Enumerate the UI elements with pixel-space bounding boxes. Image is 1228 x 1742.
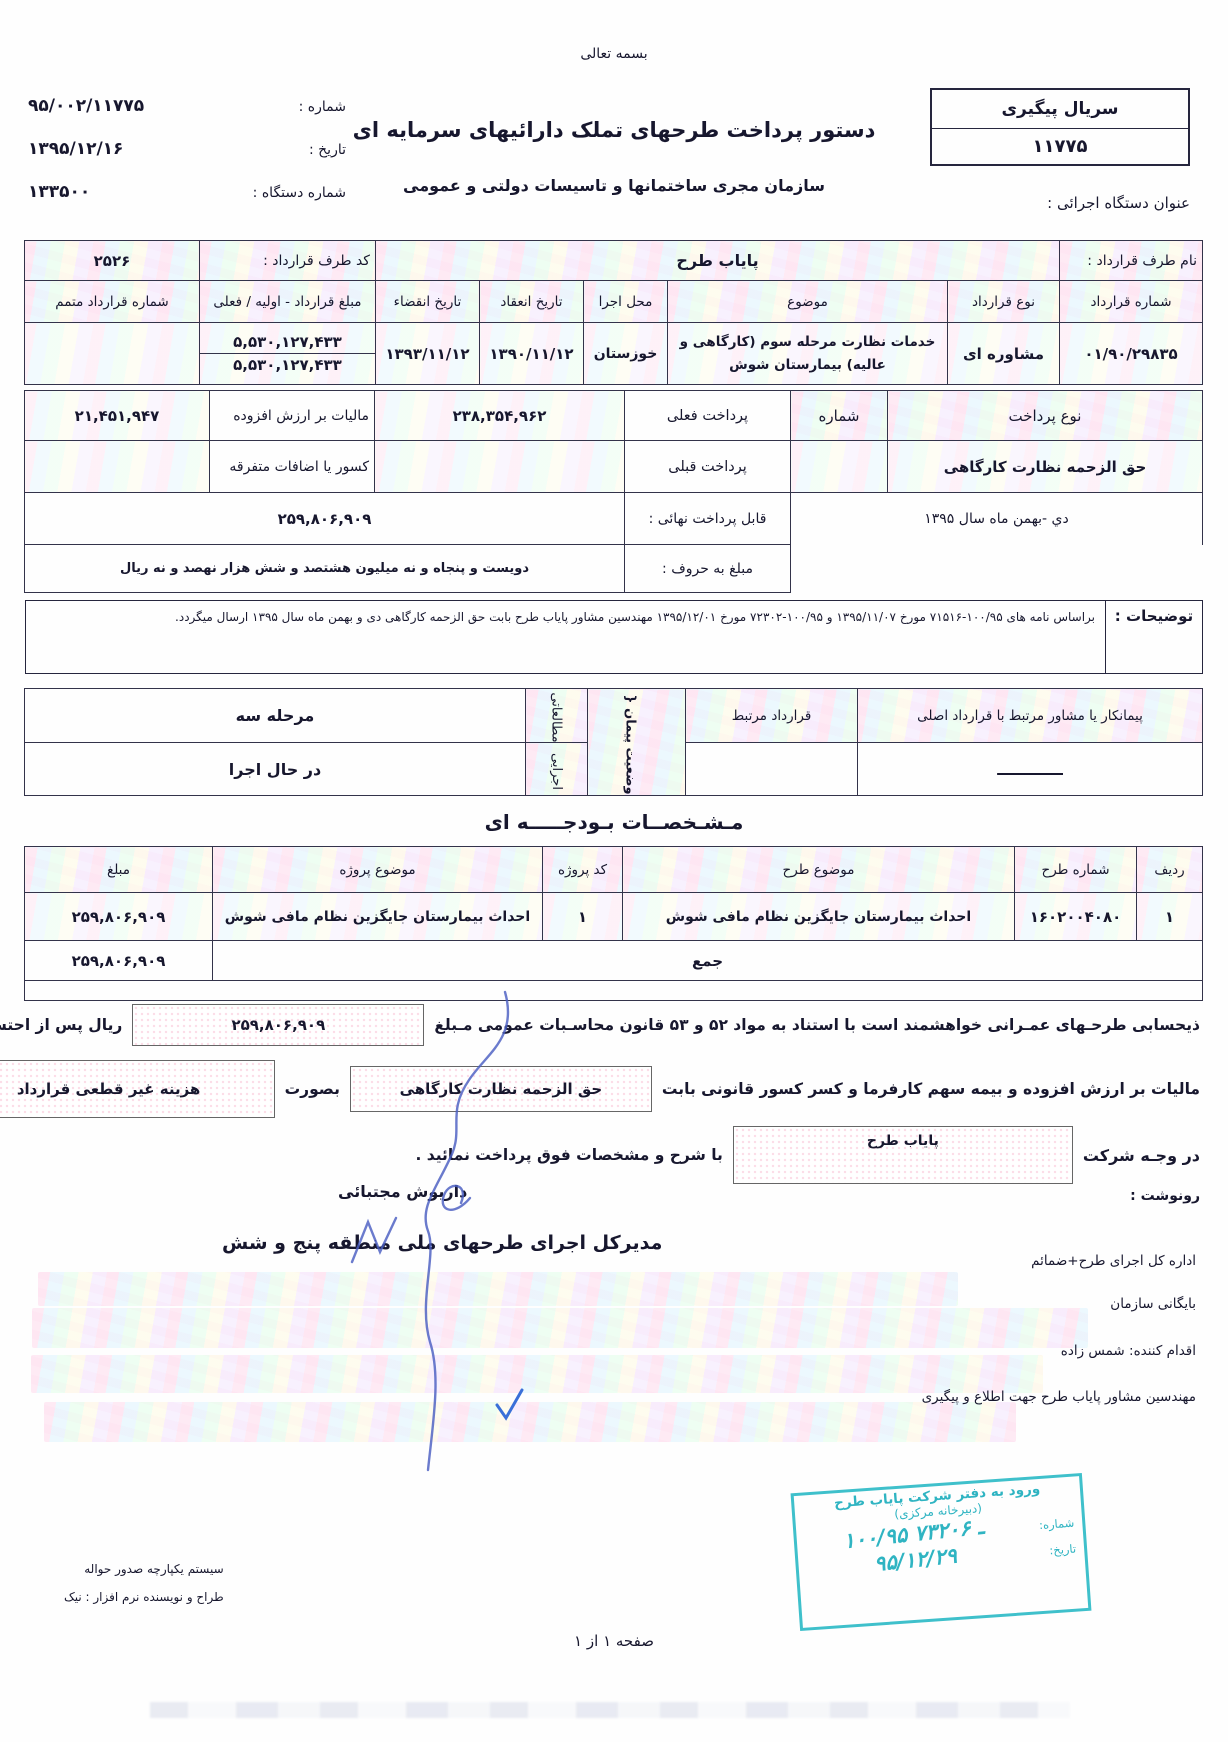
cc-item-3: اقدام کننده: شمس زاده [1061,1343,1196,1359]
doc-date-value: ۱۳۹۵/۱۲/۱۶ [28,139,123,159]
contract-location-value: خوزستان [584,323,668,385]
order-line2-mid: بصورت [285,1080,340,1098]
final-payable-value: ۲۵۹,۸۰۶,۹۰۹ [25,493,625,545]
order-fee-type-box: حق الزحمه نظارت کارگاهی [350,1066,652,1112]
agency-title-label: عنوان دستگاه اجرائی : [1047,194,1190,212]
consultant-value: ــــــــــــ [858,743,1203,796]
budget-project-code: ۱ [543,893,623,941]
doc-date-label: تاریخ : [309,142,346,158]
party-code-value: ۲۵۲۶ [24,241,199,281]
doc-number-label: شماره : [299,99,346,115]
device-number-value: ۱۳۳۵۰۰ [28,182,90,202]
notes-label: توضیحات : [1105,601,1202,673]
previous-payment-label: پرداخت قبلی [625,441,791,493]
order-line1-pre: ذیحسابی طرحـهای عمـرانی خواهشمند است با … [434,1016,1200,1034]
vat-value: ۲۱,۴۵۱,۹۴۷ [25,391,210,441]
phase-value: مرحله سه [25,689,526,743]
cc-item-1: اداره کل اجرای طرح+ضمائم [1031,1253,1196,1269]
budget-project-subject: احداث بیمارستان جایگزین نظام مافی شوش [213,893,543,941]
budget-total-value: ۲۵۹,۸۰۶,۹۰۹ [25,941,213,981]
contract-subject-value: خدمات نظارت مرحله سوم (کارگاهی و عالیه) … [668,323,948,385]
contract-amount-initial: ۵,۵۳۰,۱۲۷,۴۳۳ [200,331,375,353]
contract-expiry-date-value: ۱۳۹۳/۱۱/۱۲ [375,323,479,385]
exec-cell: اجرایی [526,743,588,796]
tracking-serial-value: ۱۱۷۷۵ [932,129,1188,164]
party-name-value: پایاب طرح [375,241,1059,281]
budget-col-plan-number: شماره طرح [1015,847,1137,893]
company-entry-stamp: ورود به دفتر شرکت پایاب طرح (دبیرخانه مر… [791,1473,1092,1631]
cc-item-4: مهندسین مشاور پایاب طرح جهت اطلاع و پیگی… [922,1389,1196,1405]
budget-col-project-code: کد پروژه [543,847,623,893]
document-meta: شماره : ۹۵/۰۰۲/۱۱۷۷۵ تاریخ : ۱۳۹۵/۱۲/۱۶ … [28,96,346,225]
budget-col-plan-subject: موضوع طرح [623,847,1015,893]
device-number-label: شماره دستگاه : [253,185,346,201]
scan-artifact-band [150,1702,1070,1718]
deductions-label: کسور یا اضافات متفرقه [210,441,375,493]
stamp-date-label: تاریخ: [1032,1542,1077,1559]
contract-amount-current: ۵,۵۳۰,۱۲۷,۴۳۳ [200,353,375,376]
page-number: صفحه ۱ از ۱ [0,1632,1228,1650]
contract-status-cell: وضعیت پیمان { [588,689,686,796]
progress-value: در حال اجرا [25,743,526,796]
budget-plan-number: ۱۶۰۲۰۰۴۰۸۰ [1015,893,1137,941]
signer-name: داریوش مجتبائی [338,1182,467,1201]
related-contract-table: پیمانکار یا مشاور مرتبط با قرارداد اصلی … [24,688,1203,796]
payment-period: دي -بهمن ماه سال ۱۳۹۵ [791,493,1203,545]
amount-in-words-value: دویست و پنجاه و نه میلیون هشتصد و شش هزا… [25,545,625,593]
previous-payment-value [375,441,625,493]
col-supplement: شماره قرارداد متمم [24,281,199,323]
party-name-label: نام طرف قرارداد : [1060,241,1203,281]
col-contract-number: شماره قرارداد [1060,281,1203,323]
budget-row-index: ۱ [1137,893,1203,941]
contract-supplement-value [24,323,199,385]
study-label: مطالعاتی [549,692,564,742]
order-line-1: ذیحسابی طرحـهای عمـرانی خواهشمند است با … [0,1004,1200,1046]
order-line-2: مالیات بر ارزش افزوده و بیمه سهم کارفرما… [0,1060,1200,1118]
contract-number-value: ۰۱/۹۰/۲۹۸۳۵ [1060,323,1203,385]
col-expiry-date: تاریخ انقضاء [375,281,479,323]
col-location: محل اجرا [584,281,668,323]
watermark-band [31,1355,1043,1393]
order-line1-post: ریال پس از احتسـاب [0,1016,122,1034]
payment-empty-cell [791,545,1203,593]
budget-section-title: مـشـخصــات بـودجـــــه ای [0,810,1228,834]
budget-empty-row [25,981,1203,1001]
order-cost-type-box: هزینه غیر قطعی قرارداد [0,1060,275,1118]
payment-type-label: نوع پرداخت [888,391,1203,441]
contract-table: نام طرف قرارداد : پایاب طرح کد طرف قرارد… [24,240,1203,385]
budget-col-amount: مبلغ [25,847,213,893]
footer-system-info: سیستم یکپارچه صدور حواله طراح و نویسنده … [64,1556,224,1611]
doc-number-value: ۹۵/۰۰۲/۱۱۷۷۵ [28,96,144,116]
current-payment-label: پرداخت فعلی [625,391,791,441]
scanned-payment-order-document: بسمه تعالی دستور پرداخت طرحهای تملک دارا… [0,0,1228,1742]
order-line3-post: با شرح و مشخصات فوق پرداخت نمائید . [415,1146,722,1164]
budget-amount: ۲۵۹,۸۰۶,۹۰۹ [25,893,213,941]
budget-table: ردیف شماره طرح موضوع طرح کد پروژه موضوع … [24,846,1203,1001]
vat-label: مالیات بر ارزش افزوده [210,391,375,441]
contract-sign-date-value: ۱۳۹۰/۱۱/۱۲ [480,323,584,385]
current-payment-value: ۲۳۸,۳۵۴,۹۶۲ [375,391,625,441]
signer-title: مدیرکل اجرای طرحهای ملی منطقه پنج و شش [222,1232,662,1254]
consultant-label: پیمانکار یا مشاور مرتبط با قرارداد اصلی [858,689,1203,743]
col-sign-date: تاریخ انعقاد [480,281,584,323]
budget-total-label: جمع [213,941,1203,981]
cc-item-2: بایگانی سازمان [1110,1296,1196,1312]
exec-label: اجرایی [549,753,564,790]
cc-label: رونوشت : [1130,1188,1200,1204]
related-contract-value [686,743,858,796]
watermark-band [38,1272,958,1306]
contract-amount-cell: ۵,۵۳۰,۱۲۷,۴۳۳ ۵,۵۳۰,۱۲۷,۴۳۳ [199,323,375,385]
bismillah-text: بسمه تعالی [0,46,1228,62]
deductions-value [25,441,210,493]
contract-type-value: مشاوره ای [948,323,1060,385]
order-line2-pre: مالیات بر ارزش افزوده و بیمه سهم کارفرما… [662,1080,1200,1098]
party-code-label: کد طرف قرارداد : [199,241,375,281]
final-payable-label: قابل پرداخت نهائی : [625,493,791,545]
order-line3-pre: در وجـه شرکت [1083,1146,1200,1165]
order-line-3: در وجـه شرکت پایاب طرح با شرح و مشخصات ف… [415,1126,1200,1184]
payment-number-label: شماره [791,391,888,441]
payment-number-value [791,441,888,493]
order-amount-box: ۲۵۹,۸۰۶,۹۰۹ [132,1004,424,1046]
notes-box: توضیحات : براساس نامه های ۱۰۰/۹۵-۷۱۵۱۶ م… [25,600,1203,674]
col-amount: مبلغ قرارداد - اولیه / فعلی [199,281,375,323]
contract-status-label: وضعیت پیمان { [622,694,637,794]
watermark-band [44,1402,1016,1442]
amount-in-words-label: مبلغ به حروف : [625,545,791,593]
payment-table: نوع پرداخت شماره پرداخت فعلی ۲۳۸,۳۵۴,۹۶۲… [24,390,1203,593]
order-company-box: پایاب طرح [733,1126,1073,1184]
watermark-band [32,1308,1088,1348]
footer-system-name: سیستم یکپارچه صدور حواله [64,1556,224,1584]
stamp-number-label: شماره: [1030,1516,1075,1533]
study-cell: مطالعاتی [526,689,588,743]
payment-type-value: حق الزحمه نظارت کارگاهی [888,441,1203,493]
related-contract-label: قرارداد مرتبط [686,689,858,743]
footer-author: طراح و نویسنده نرم افزار : نیک [64,1584,224,1612]
notes-text: براساس نامه های ۱۰۰/۹۵-۷۱۵۱۶ مورخ ۱۳۹۵/۱… [26,601,1105,673]
budget-col-project-subject: موضوع پروژه [213,847,543,893]
col-contract-type: نوع قرارداد [948,281,1060,323]
budget-col-row: ردیف [1137,847,1203,893]
col-subject: موضوع [668,281,948,323]
tracking-serial-box: سریال پیگیری ۱۱۷۷۵ [930,88,1190,166]
budget-plan-subject: احداث بیمارستان جایگزین نظام مافی شوش [623,893,1015,941]
tracking-serial-label: سریال پیگیری [932,90,1188,129]
